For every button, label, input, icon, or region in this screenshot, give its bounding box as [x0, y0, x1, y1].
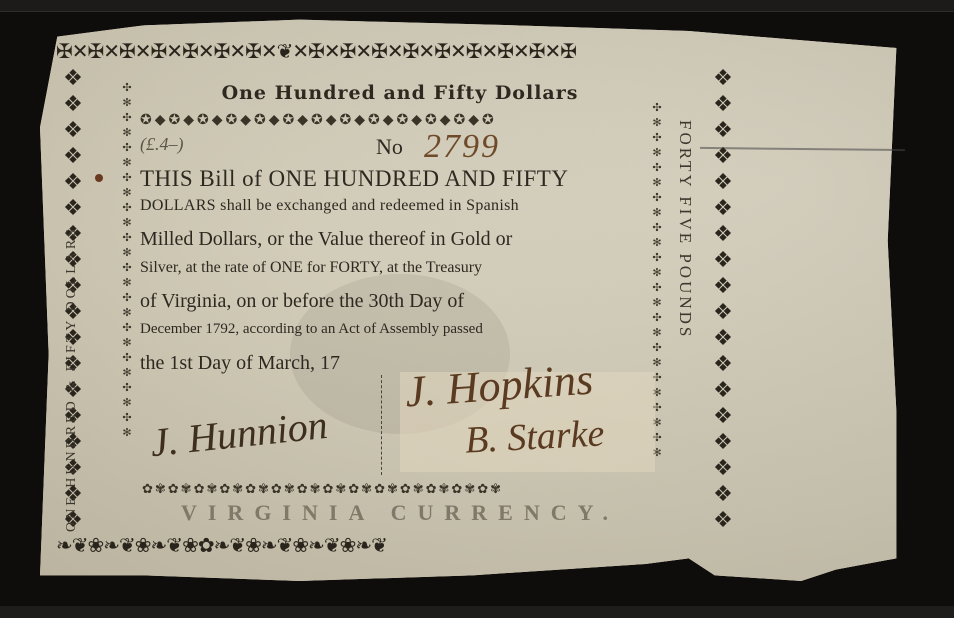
- denomination-heading: One Hundred and Fifty Dollars: [150, 82, 650, 104]
- ornament-dot-row: ✪◆✪◆✪◆✪◆✪◆✪◆✪◆✪◆✪◆✪◆✪◆✪◆✪: [140, 112, 650, 128]
- bill-line: December 1792, according to an Act of As…: [140, 321, 652, 352]
- bill-text: THIS Bill of ONE HUNDRED AND FIFTY DOLLA…: [140, 166, 652, 383]
- bottom-ornament-border: ❧❦❀❧❦❀❧❦❀✿❧❦❀❧❦❀❧❦❀❧❦: [56, 530, 740, 560]
- dotted-divider: [381, 375, 384, 475]
- bill-line: Milled Dollars, or the Value thereof in …: [140, 228, 652, 259]
- signature-right-bottom: B. Starke: [464, 411, 605, 462]
- serial-number: 2799: [424, 128, 500, 166]
- top-ornament-border: ✠✕✠✕✠✕✠✕✠✕✠✕✠✕❦✕✠✕✠✕✠✕✠✕✠✕✠✕✠✕✠✕✠: [56, 36, 740, 66]
- bill-line: of Virginia, on or before the 30th Day o…: [140, 290, 652, 321]
- bill-line: DOLLARS shall be exchanged and redeemed …: [140, 197, 652, 228]
- currency-label: VIRGINIA CURRENCY.: [165, 500, 635, 526]
- right-ornament-border: ❖❖❖❖❖❖❖❖❖❖❖❖❖❖❖❖❖❖: [706, 66, 740, 530]
- inner-left-ornaments: ✣✻✣✻✣✻✣✻✣✻✣✻✣✻✣✻✣✻✣✻✣✻✣✻: [120, 80, 134, 500]
- right-margin-text: FORTY FIVE POUNDS: [675, 120, 695, 339]
- ornament-star-row: ✿✾✿✾✿✾✿✾✿✾✿✾✿✾✿✾✿✾✿✾✿✾✿✾✿✾✿✾: [142, 482, 652, 497]
- bottom-frame-bar: [0, 606, 954, 618]
- bill-line: THIS Bill of ONE HUNDRED AND FIFTY: [140, 166, 652, 197]
- pound-amount: (£.4–): [140, 134, 184, 155]
- bill-line: Silver, at the rate of ONE for FORTY, at…: [140, 259, 652, 290]
- left-margin-text: ONE HUNDRED & FIFTY DOLLARS: [64, 226, 80, 532]
- serial-label: No: [376, 134, 403, 160]
- top-frame-bar: [0, 0, 954, 12]
